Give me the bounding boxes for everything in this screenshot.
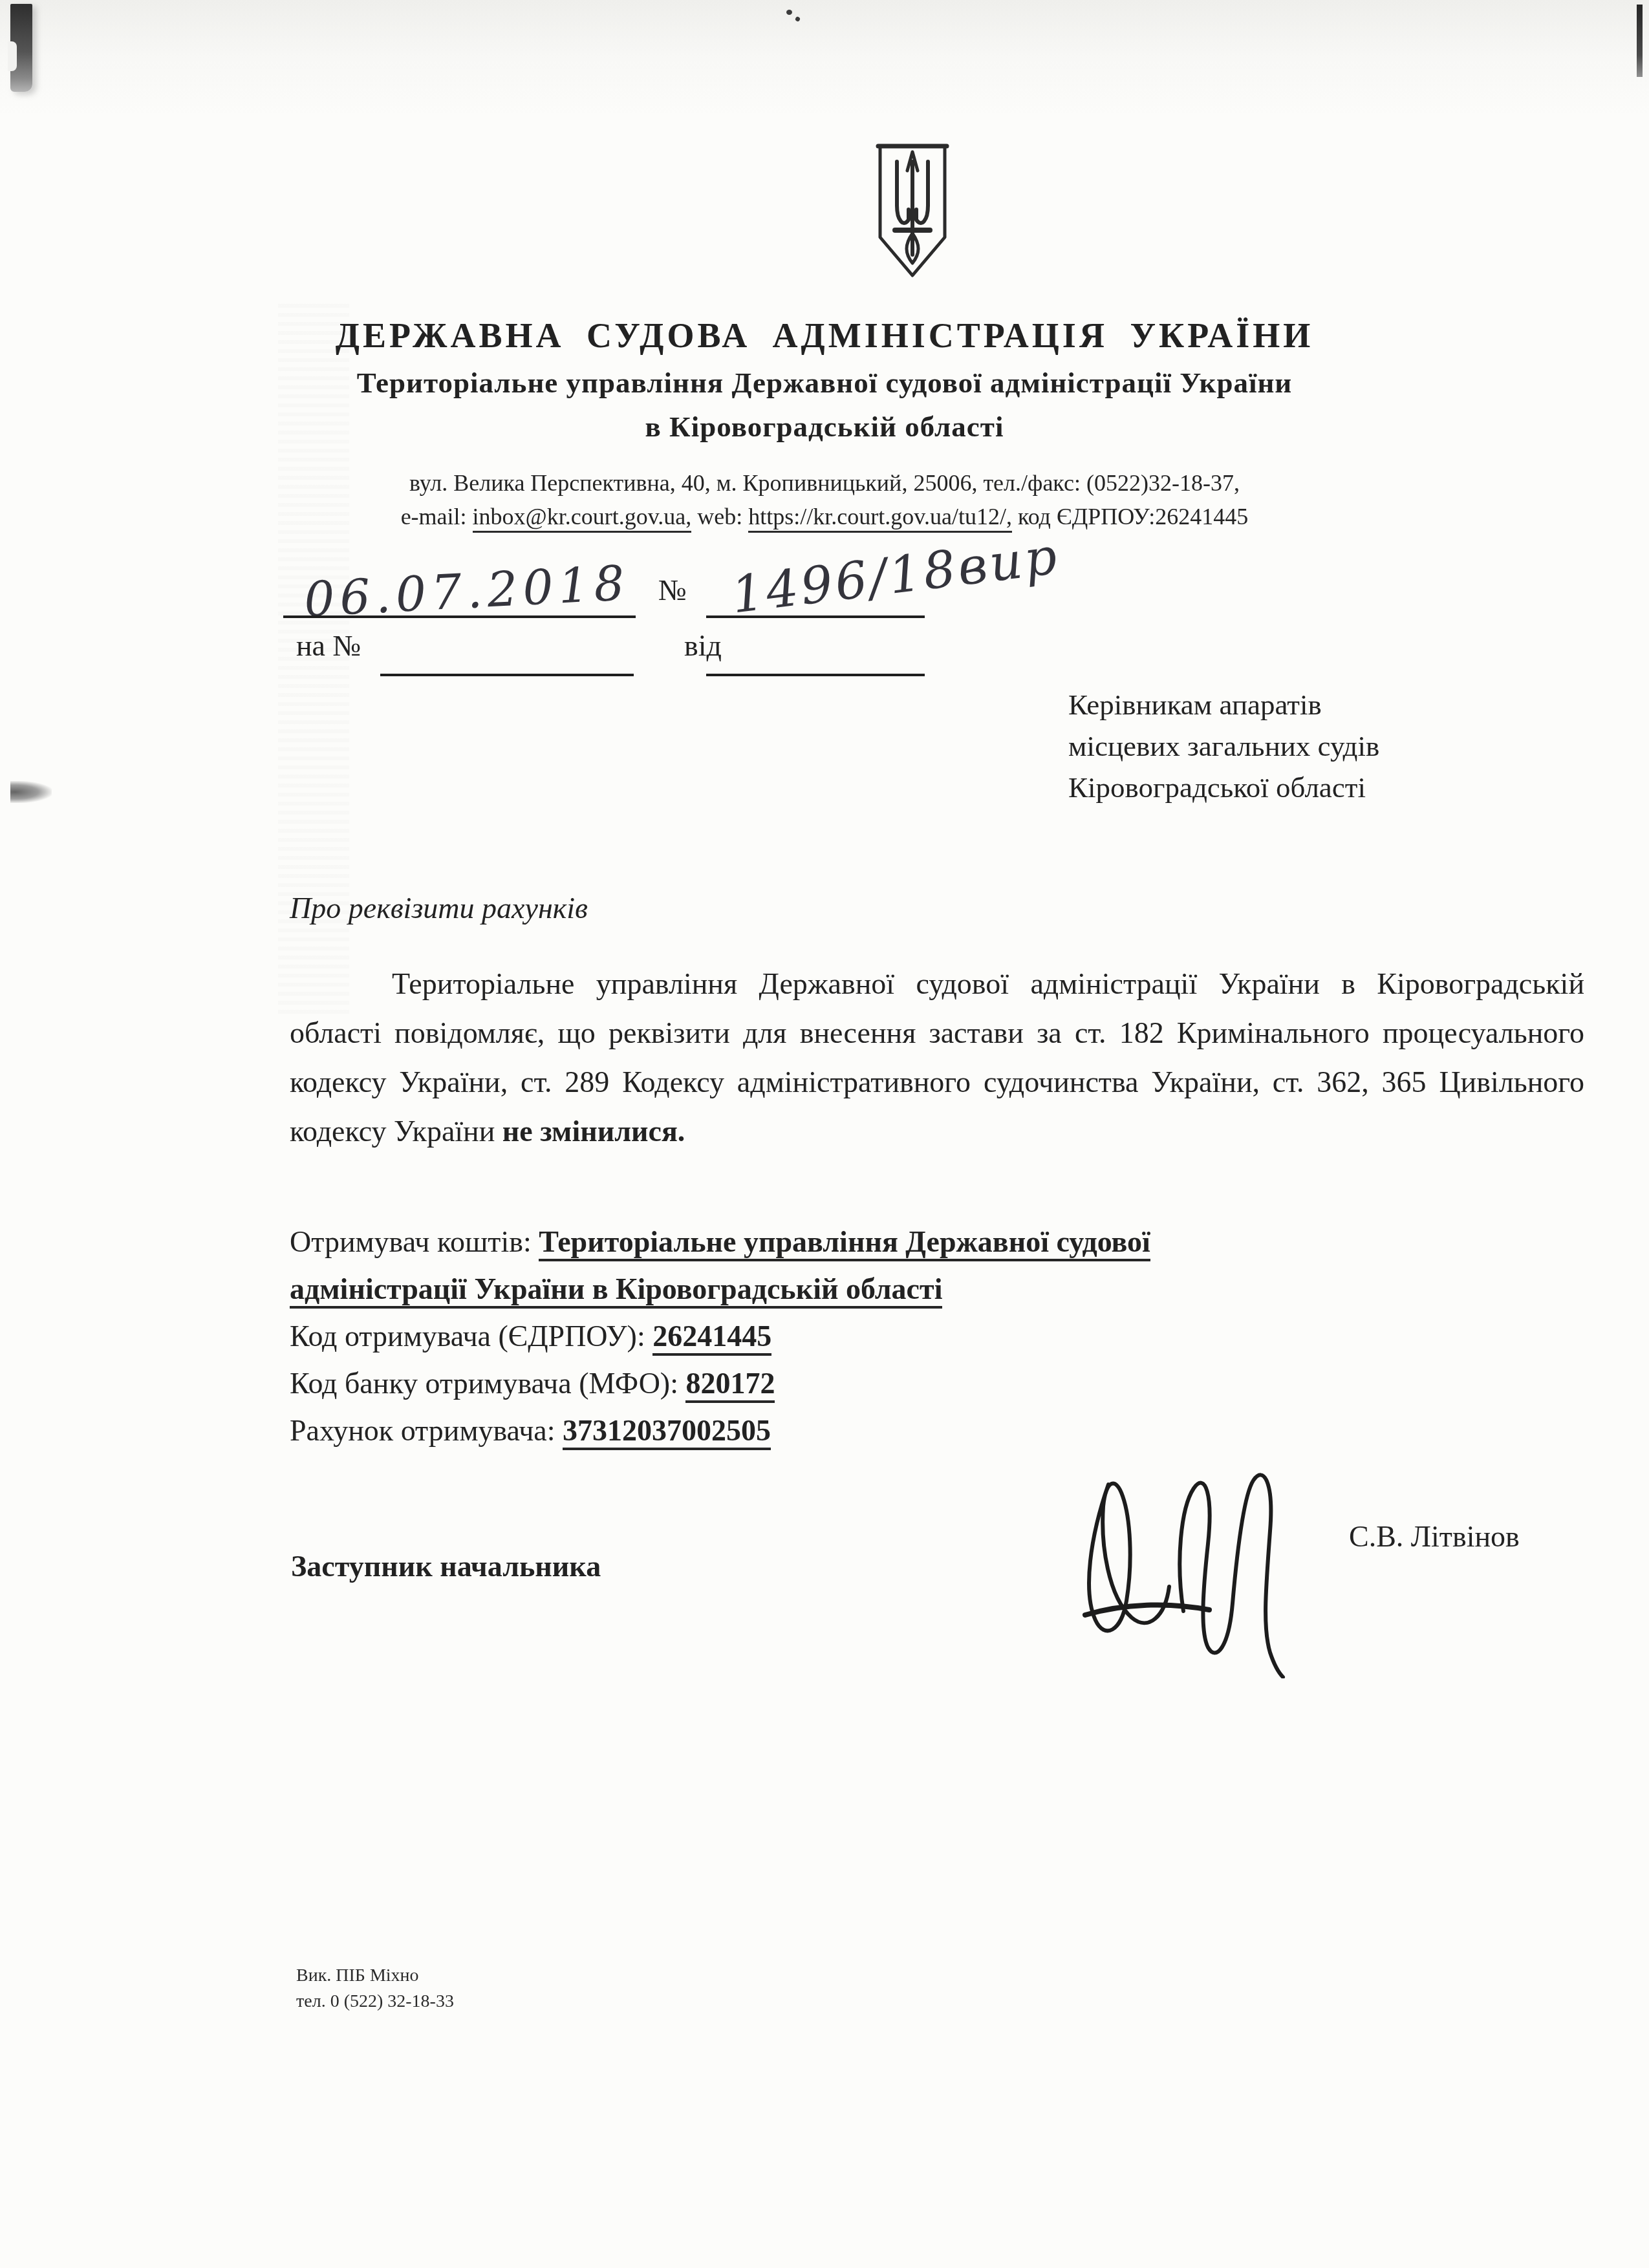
- details-mfo-row: Код банку отримувача (МФО): 820172: [290, 1360, 1590, 1407]
- org-name-title: ДЕРЖАВНА СУДОВА АДМІНІСТРАЦІЯ УКРАЇНИ: [0, 316, 1649, 356]
- scanned-letter-page: ДЕРЖАВНА СУДОВА АДМІНІСТРАЦІЯ УКРАЇНИ Те…: [0, 0, 1649, 2268]
- account-label: Рахунок отримувача:: [290, 1414, 563, 1447]
- subject-line: Про реквізити рахунків: [290, 891, 588, 925]
- executor-phone: тел. 0 (522) 32-18-33: [296, 1989, 454, 2015]
- handwritten-signature: [1046, 1459, 1383, 1678]
- executor-name: Вик. ПІБ Міхно: [296, 1963, 454, 1989]
- web-url: https://kr.court.gov.ua/tu12/,: [748, 504, 1012, 533]
- email-address: inbox@kr.court.gov.ua,: [473, 504, 692, 533]
- address-line1: вул. Велика Перспективна, 40, м. Кропивн…: [0, 469, 1649, 497]
- body-text: Територіальне управління Державної судов…: [290, 967, 1584, 1148]
- scan-artifact-clip-mark: [10, 4, 32, 92]
- reply-from-date-label: від: [684, 628, 722, 663]
- details-edrpou-row: Код отримувача (ЄДРПОУ): 26241445: [290, 1312, 1590, 1360]
- mfo-label: Код банку отримувача (МФО):: [290, 1367, 685, 1400]
- handwritten-outgoing-number: 1496/18вир: [728, 527, 1062, 625]
- recipient-funds-value-line1: Територіальне управління Державної судов…: [539, 1225, 1150, 1261]
- email-label: e-mail:: [401, 504, 473, 530]
- recipient-funds-value-line2: адміністрації України в Кіровоградській …: [290, 1272, 942, 1309]
- signer-position: Заступник начальника: [291, 1549, 601, 1583]
- reply-to-number-label: на №: [296, 628, 361, 663]
- org-subtitle-line2: в Кіровоградській області: [0, 410, 1649, 444]
- scan-speck: [786, 10, 792, 15]
- edrpou-code: код ЄДРПОУ:26241445: [1012, 504, 1248, 530]
- edrpou-label: Код отримувача (ЄДРПОУ):: [290, 1320, 652, 1353]
- account-value: 37312037002505: [563, 1414, 771, 1450]
- reply-number-underline: [380, 674, 634, 676]
- details-account-row: Рахунок отримувача: 37312037002505: [290, 1407, 1590, 1454]
- mfo-value: 820172: [685, 1367, 775, 1403]
- edrpou-value: 26241445: [652, 1320, 771, 1356]
- reply-date-underline: [706, 674, 925, 676]
- address-line2: e-mail: inbox@kr.court.gov.ua, web: http…: [0, 503, 1649, 530]
- executor-footer: Вик. ПІБ Міхно тел. 0 (522) 32-18-33: [296, 1963, 454, 2015]
- recipient-line: Кіровоградської області: [1068, 767, 1521, 808]
- recipient-line: місцевих загальних судів: [1068, 725, 1521, 767]
- org-subtitle-line1: Територіальне управління Державної судов…: [0, 366, 1649, 400]
- scan-artifact-smudge: [10, 781, 52, 803]
- recipient-funds-label: Отримувач коштів:: [290, 1225, 539, 1258]
- scan-artifact-right-bar: [1637, 5, 1643, 77]
- web-label: web:: [691, 504, 748, 530]
- details-recipient-row: Отримувач коштів: Територіальне управлін…: [290, 1218, 1590, 1312]
- number-label: №: [658, 573, 687, 607]
- number-underline: [706, 615, 925, 618]
- scan-speck: [795, 16, 801, 23]
- date-underline: [283, 615, 636, 618]
- recipient-block: Керівникам апаратів місцевих загальних с…: [1068, 684, 1521, 808]
- ukraine-trident-emblem-icon: [875, 142, 950, 281]
- signer-name: С.В. Літвінов: [1349, 1519, 1520, 1554]
- body-text-bold: не змінилися.: [502, 1115, 685, 1148]
- body-paragraph: Територіальне управління Державної судов…: [290, 959, 1584, 1156]
- payment-details-block: Отримувач коштів: Територіальне управлін…: [290, 1218, 1590, 1454]
- recipient-line: Керівникам апаратів: [1068, 684, 1521, 725]
